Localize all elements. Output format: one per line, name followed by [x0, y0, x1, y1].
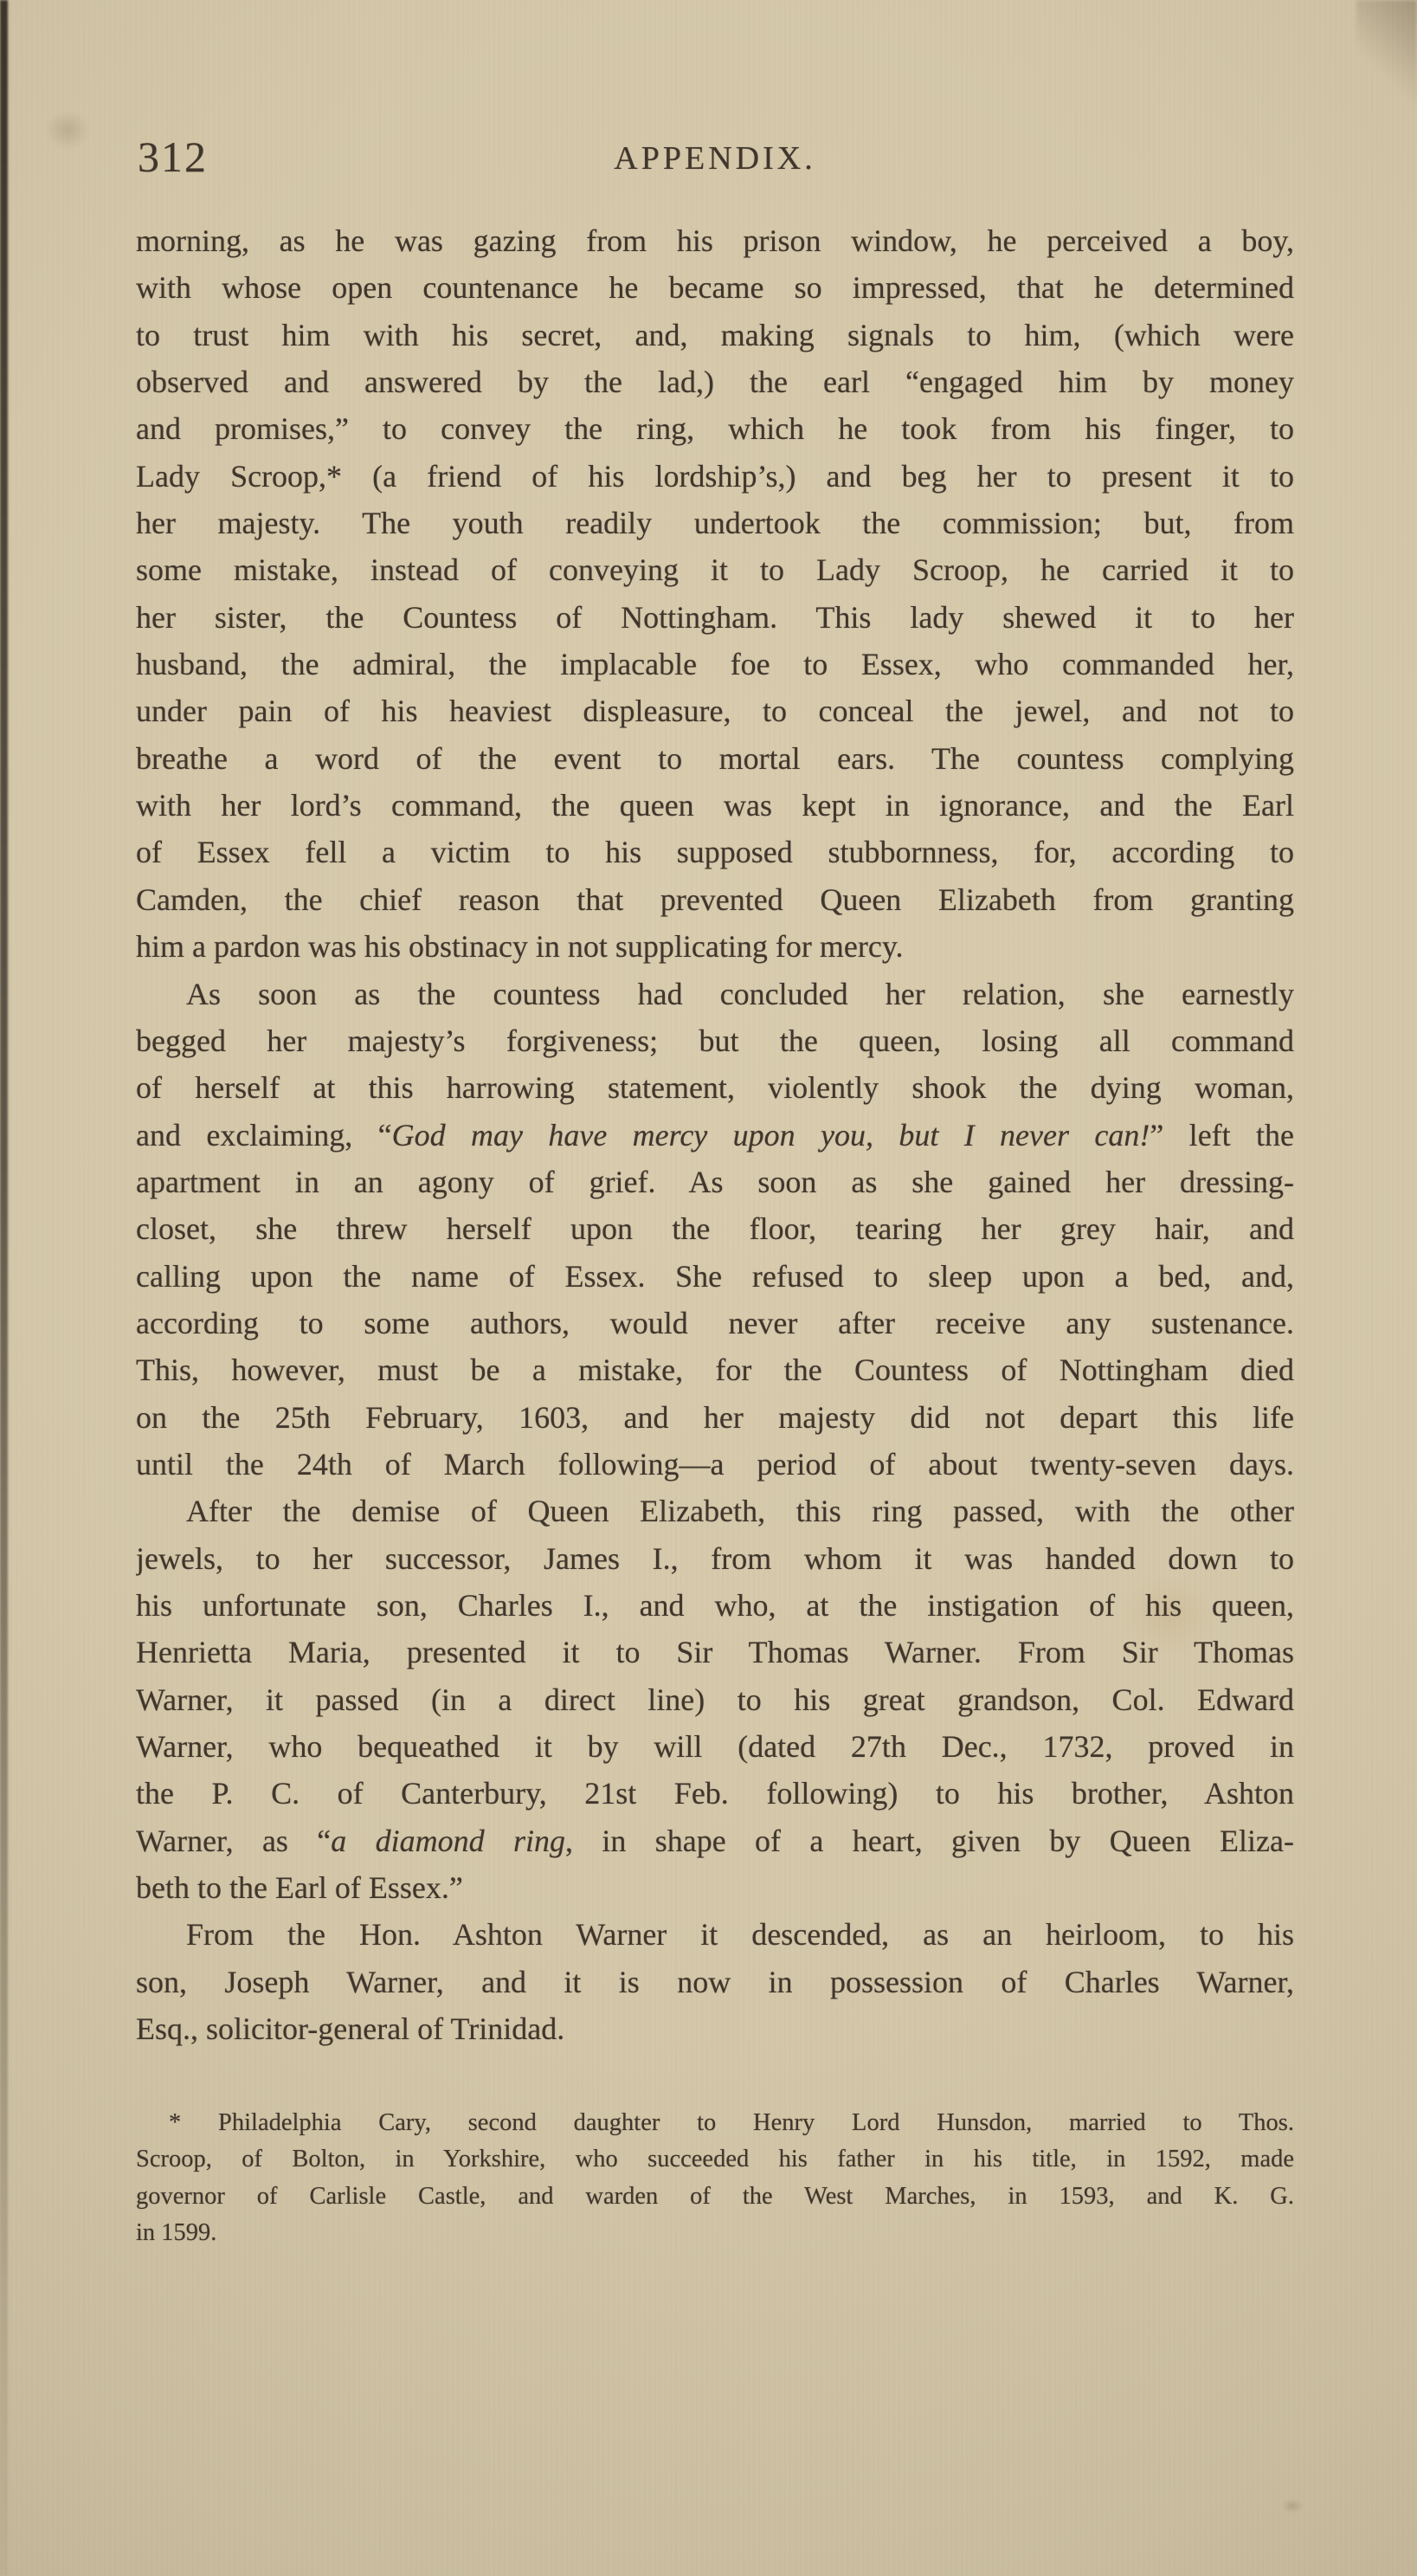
text-line: morning, as he was gazing from his priso…: [136, 217, 1294, 264]
book-page-scan: 312 APPENDIX. morning, as he was gazing …: [0, 0, 1417, 2576]
text-segment: observed and answered by the lad,) the e…: [136, 365, 1294, 399]
text-segment: to trust him with his secret, and, makin…: [136, 318, 1294, 352]
text-segment: * Philadelphia Cary, second daughter to …: [169, 2109, 1294, 2136]
text-line: Lady Scroop,* (a friend of his lordship’…: [136, 453, 1294, 500]
text-segment: Warner, who bequeathed it by will (dated…: [136, 1729, 1294, 1764]
text-line: begged her majesty’s forgiveness; but th…: [136, 1017, 1294, 1064]
italic-text-segment: a diamond ring: [331, 1824, 565, 1858]
paper-blemish: [45, 111, 90, 149]
text-segment: beth to the Earl of Essex.”: [136, 1870, 463, 1905]
text-segment: husband, the admiral, the implacable foe…: [136, 647, 1294, 681]
page-header: 312 APPENDIX.: [136, 132, 1294, 192]
text-line: with whose open countenance he became so…: [136, 264, 1294, 311]
text-line: observed and answered by the lad,) the e…: [136, 358, 1294, 405]
text-line: Warner, as “a diamond ring, in shape of …: [136, 1817, 1294, 1864]
text-segment: apartment in an agony of grief. As soon …: [136, 1165, 1294, 1199]
text-line: his unfortunate son, Charles I., and who…: [136, 1582, 1294, 1629]
text-segment: Henrietta Maria, presented it to Sir Tho…: [136, 1635, 1294, 1669]
text-segment: with her lord’s command, the queen was k…: [136, 788, 1294, 823]
text-line: her sister, the Countess of Nottingham. …: [136, 594, 1294, 641]
text-line: Warner, who bequeathed it by will (dated…: [136, 1723, 1294, 1770]
text-line: some mistake, instead of conveying it to…: [136, 546, 1294, 593]
text-line: breathe a word of the event to mortal ea…: [136, 735, 1294, 782]
text-line: Esq., solicitor-general of Trinidad.: [136, 2005, 1294, 2052]
text-line: As soon as the countess had concluded he…: [136, 971, 1294, 1017]
scan-top-right-shadow: [1356, 0, 1417, 139]
text-segment: some mistake, instead of conveying it to…: [136, 552, 1294, 587]
text-segment: Lady Scroop,* (a friend of his lordship’…: [136, 459, 1294, 494]
text-line: with her lord’s command, the queen was k…: [136, 782, 1294, 829]
text-line: on the 25th February, 1603, and her maje…: [136, 1394, 1294, 1441]
text-segment: the P. C. of Canterbury, 21st Feb. follo…: [136, 1776, 1294, 1811]
text-segment: calling upon the name of Essex. She refu…: [136, 1259, 1294, 1294]
text-segment: ” left the: [1150, 1118, 1294, 1152]
text-line: This, however, must be a mistake, for th…: [136, 1346, 1294, 1393]
text-segment: of herself at this harrowing statement, …: [136, 1070, 1294, 1105]
text-line: beth to the Earl of Essex.”: [136, 1864, 1294, 1911]
text-segment: jewels, to her successor, James I., from…: [136, 1541, 1294, 1576]
text-segment: according to some authors, would never a…: [136, 1306, 1294, 1340]
text-segment: of Essex fell a victim to his supposed s…: [136, 835, 1294, 869]
text-segment: , in shape of a heart, given by Queen El…: [565, 1824, 1294, 1858]
text-line: until the 24th of March following—a peri…: [136, 1441, 1294, 1488]
text-line: to trust him with his secret, and, makin…: [136, 312, 1294, 358]
text-line: him a pardon was his obstinacy in not su…: [136, 923, 1294, 970]
text-segment: in 1599.: [136, 2219, 216, 2246]
text-segment: with whose open countenance he became so…: [136, 270, 1294, 305]
text-line: apartment in an agony of grief. As soon …: [136, 1159, 1294, 1205]
text-line: son, Joseph Warner, and it is now in pos…: [136, 1959, 1294, 2005]
text-segment: closet, she threw herself upon the floor…: [136, 1211, 1294, 1246]
text-line: and promises,” to convey the ring, which…: [136, 405, 1294, 452]
text-line: jewels, to her successor, James I., from…: [136, 1535, 1294, 1582]
text-line: of herself at this harrowing statement, …: [136, 1064, 1294, 1111]
text-line: calling upon the name of Essex. She refu…: [136, 1253, 1294, 1300]
text-segment: breathe a word of the event to mortal ea…: [136, 741, 1294, 776]
text-line: of Essex fell a victim to his supposed s…: [136, 829, 1294, 875]
text-segment: After the demise of Queen Elizabeth, thi…: [186, 1494, 1294, 1528]
text-line: closet, she threw herself upon the floor…: [136, 1205, 1294, 1252]
text-line: * Philadelphia Cary, second daughter to …: [136, 2105, 1294, 2141]
text-line: the P. C. of Canterbury, 21st Feb. follo…: [136, 1770, 1294, 1817]
text-segment: Esq., solicitor-general of Trinidad.: [136, 2011, 564, 2046]
text-segment: under pain of his heaviest displeasure, …: [136, 694, 1294, 728]
text-segment: and exclaiming, “: [136, 1118, 392, 1152]
text-segment: This, however, must be a mistake, for th…: [136, 1353, 1294, 1387]
scan-left-edge-shadow: [0, 0, 8, 2576]
text-segment: her sister, the Countess of Nottingham. …: [136, 600, 1294, 635]
text-segment: on the 25th February, 1603, and her maje…: [136, 1400, 1294, 1435]
text-line: From the Hon. Ashton Warner it descended…: [136, 1911, 1294, 1958]
text-line: in 1599.: [136, 2215, 1294, 2251]
text-segment: Scroop, of Bolton, in Yorkshire, who suc…: [136, 2146, 1294, 2172]
text-segment: Camden, the chief reason that prevented …: [136, 882, 1294, 917]
text-segment: From the Hon. Ashton Warner it descended…: [186, 1917, 1294, 1952]
text-segment: him a pardon was his obstinacy in not su…: [136, 929, 903, 964]
text-line: her majesty. The youth readily undertook…: [136, 500, 1294, 546]
italic-text-segment: God may have mercy upon you, but I never…: [392, 1118, 1150, 1152]
text-line: governor of Carlisle Castle, and warden …: [136, 2179, 1294, 2215]
text-line: according to some authors, would never a…: [136, 1300, 1294, 1346]
text-line: Henrietta Maria, presented it to Sir Tho…: [136, 1629, 1294, 1675]
text-line: and exclaiming, “God may have mercy upon…: [136, 1112, 1294, 1159]
text-segment: governor of Carlisle Castle, and warden …: [136, 2183, 1294, 2210]
text-segment: his unfortunate son, Charles I., and who…: [136, 1588, 1294, 1623]
running-header-title: APPENDIX.: [136, 139, 1294, 178]
text-segment: until the 24th of March following—a peri…: [136, 1447, 1294, 1482]
text-line: Warner, it passed (in a direct line) to …: [136, 1676, 1294, 1723]
text-line: under pain of his heaviest displeasure, …: [136, 688, 1294, 734]
body-text: morning, as he was gazing from his priso…: [136, 217, 1294, 2052]
text-segment: her majesty. The youth readily undertook…: [136, 506, 1294, 540]
paper-blemish: [1281, 2499, 1304, 2513]
text-segment: morning, as he was gazing from his priso…: [136, 223, 1294, 258]
text-segment: Warner, as “: [136, 1824, 331, 1858]
text-line: After the demise of Queen Elizabeth, thi…: [136, 1488, 1294, 1534]
footnote-text: * Philadelphia Cary, second daughter to …: [136, 2105, 1294, 2251]
text-line: Camden, the chief reason that prevented …: [136, 876, 1294, 923]
text-segment: and promises,” to convey the ring, which…: [136, 411, 1294, 446]
text-segment: Warner, it passed (in a direct line) to …: [136, 1682, 1294, 1717]
text-segment: begged her majesty’s forgiveness; but th…: [136, 1023, 1294, 1058]
text-line: Scroop, of Bolton, in Yorkshire, who suc…: [136, 2141, 1294, 2178]
text-line: husband, the admiral, the implacable foe…: [136, 641, 1294, 688]
text-segment: As soon as the countess had concluded he…: [186, 977, 1294, 1011]
text-segment: son, Joseph Warner, and it is now in pos…: [136, 1965, 1294, 1999]
